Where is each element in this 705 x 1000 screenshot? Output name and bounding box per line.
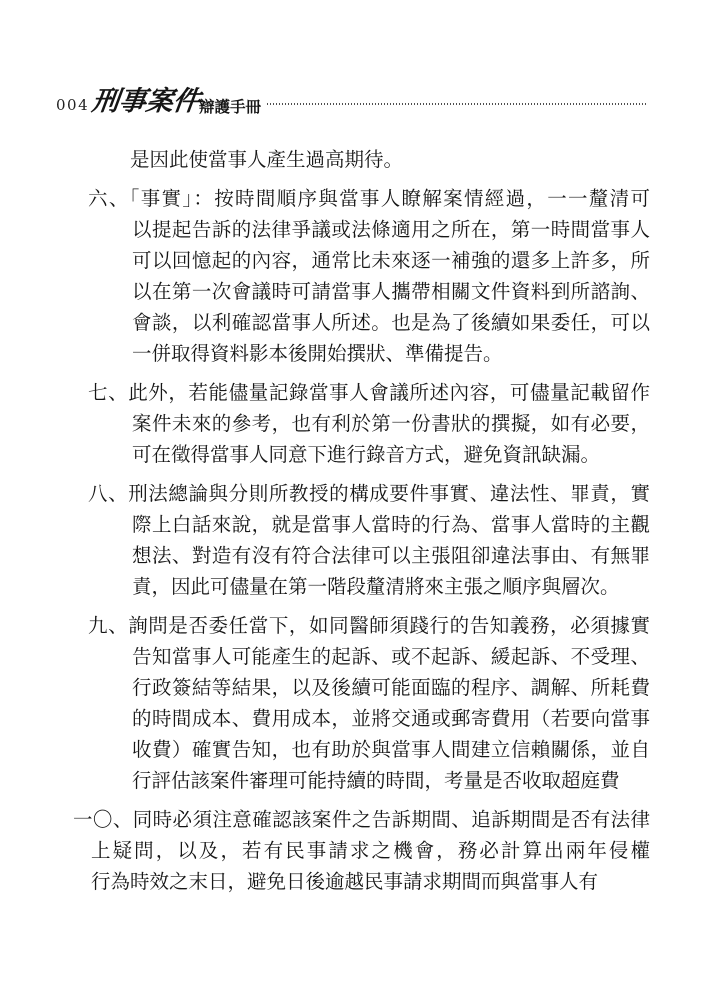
text-line: 案件未來的參考，也有利於第一份書狀的撰擬，如有必要， (88, 408, 650, 439)
page-number: 004 (56, 96, 89, 114)
paragraph: 是因此使當事人產生過高期待。 (88, 144, 650, 175)
header-dotted-rule (267, 103, 648, 105)
text-line: 際上白話來說，就是當事人當時的行為、當事人當時的主觀 (88, 509, 650, 540)
text-line: 一〇、同時必須注意確認該案件之告訴期間、追訴期間是否有法律 (73, 804, 650, 835)
line-text: 同時必須注意確認該案件之告訴期間、追訴期間是否有法律 (133, 808, 650, 831)
book-page: 004 刑事案件 辯護手冊 是因此使當事人產生過高期待。六、「事實」：按時間順序… (0, 0, 705, 1000)
text-line: 以在第一次會議時可請當事人攜帶相關文件資料到所諮詢、 (88, 276, 650, 307)
text-line: 六、「事實」：按時間順序與當事人瞭解案情經過，一一釐清可 (88, 183, 650, 214)
text-line: 是因此使當事人產生過高期待。 (88, 144, 650, 175)
line-text: 刑法總論與分則所教授的構成要件事實、違法性、罪責，實 (128, 482, 650, 505)
line-text: 詢問是否委任當下，如同醫師須踐行的告知義務，必須據實 (128, 614, 650, 637)
text-line: 告知當事人可能產生的起訴、或不起訴、緩起訴、不受理、 (88, 641, 650, 672)
list-item: 八、刑法總論與分則所教授的構成要件事實、違法性、罪責，實際上白話來說，就是當事人… (88, 478, 650, 602)
list-item-number: 八、 (88, 482, 128, 505)
list-item: 一〇、同時必須注意確認該案件之告訴期間、追訴期間是否有法律上疑問，以及，若有民事… (73, 804, 650, 897)
list-item: 九、詢問是否委任當下，如同醫師須踐行的告知義務，必須據實告知當事人可能產生的起訴… (88, 610, 650, 796)
text-line: 的時間成本、費用成本，並將交通或郵寄費用（若要向當事人 (88, 703, 650, 734)
text-line: 行評估該案件審理可能持續的時間，考量是否收取超庭費用。 (88, 765, 650, 796)
text-line: 行政簽結等結果，以及後續可能面臨的程序、調解、所耗費 (88, 672, 650, 703)
line-text: 此外，若能儘量記錄當事人會議所述內容，可儘量記載留作 (128, 381, 650, 404)
list-item-number: 六、 (88, 187, 130, 210)
text-line: 九、詢問是否委任當下，如同醫師須踐行的告知義務，必須據實 (88, 610, 650, 641)
text-line: 八、刑法總論與分則所教授的構成要件事實、違法性、罪責，實 (88, 478, 650, 509)
book-title-main: 刑事案件 (90, 79, 203, 118)
list-item: 七、此外，若能儘量記錄當事人會議所述內容，可儘量記載留作案件未來的參考，也有利於… (88, 377, 650, 470)
list-item-number: 七、 (88, 381, 128, 404)
line-text: 「事實」：按時間順序與當事人瞭解案情經過，一一釐清可 (130, 187, 650, 210)
text-line: 會談，以利確認當事人所述。也是為了後續如果委任，可以 (88, 307, 650, 338)
text-line: 想法、對造有沒有符合法律可以主張阻卻違法事由、有無罪 (88, 540, 650, 571)
text-line: 收費）確實告知，也有助於與當事人間建立信賴關係，並自 (88, 734, 650, 765)
list-item-number: 九、 (88, 614, 128, 637)
list-item-number: 一〇、 (73, 808, 133, 831)
text-line: 一併取得資料影本後開始撰狀、準備提告。 (88, 338, 650, 369)
book-title-sub: 辯護手冊 (199, 95, 261, 117)
text-line: 可在徵得當事人同意下進行錄音方式，避免資訊缺漏。 (88, 439, 650, 470)
text-line: 上疑問，以及，若有民事請求之機會，務必計算出兩年侵權 (73, 835, 650, 866)
list-item: 六、「事實」：按時間順序與當事人瞭解案情經過，一一釐清可以提起告訴的法律爭議或法… (88, 183, 650, 369)
text-line: 責，因此可儘量在第一階段釐清將來主張之順序與層次。 (88, 571, 650, 602)
page-body: 是因此使當事人產生過高期待。六、「事實」：按時間順序與當事人瞭解案情經過，一一釐… (88, 144, 650, 897)
text-line: 七、此外，若能儘量記錄當事人會議所述內容，可儘量記載留作 (88, 377, 650, 408)
text-line: 行為時效之末日，避免日後逾越民事請求期間而與當事人有 (73, 866, 650, 897)
text-line: 以提起告訴的法律爭議或法條適用之所在，第一時間當事人 (88, 214, 650, 245)
text-line: 可以回憶起的內容，通常比未來逐一補強的還多上許多，所 (88, 245, 650, 276)
